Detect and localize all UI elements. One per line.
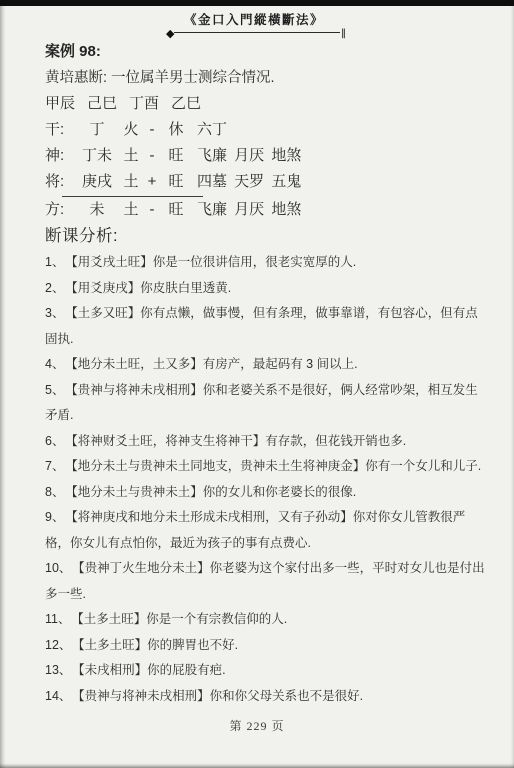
analysis-item: 10、【贵神丁火生地分未土】你老婆为这个家付出多一些，平时对女儿也是付出多一些. (45, 556, 485, 607)
item-text: 【贵神与将神未戌相刑】你和你父母关系也不是很好. (78, 689, 363, 703)
row-label: 神: (45, 143, 75, 169)
book-page: ◆ 《金口入門縱橫斷法》 ‖ 案例 98: 黄培惠断: 一位属羊男士测综合情况.… (0, 0, 514, 768)
row-label: 方: (45, 197, 75, 223)
analysis-item: 2、【用爻庚戌】你皮肤白里透黄. (45, 276, 485, 302)
item-number: 5、 (45, 383, 64, 397)
item-number: 8、 (45, 485, 64, 499)
branch-cell: 庚戌 (75, 169, 119, 195)
page-footer: 第 229 页 (0, 714, 514, 738)
item-text: 【贵神与将神未戌相刑】你和老婆关系不是很好，俩人经常吵架，相互发生矛盾. (45, 383, 478, 423)
row-label: 干: (45, 117, 75, 143)
analysis-item: 8、【地分未土与贵神未土】你的女儿和你老婆长的很像. (45, 480, 485, 506)
spirits-cell: 飞廉 月厌 地煞 (197, 143, 301, 169)
table-row-jiang: 将: 庚戌 土 + 旺 四墓 天罗 五鬼 (45, 169, 485, 197)
item-text: 【用爻庚戌】你皮肤白里透黄. (71, 281, 231, 295)
state-cell: 旺 (161, 169, 191, 195)
pillar: 丁酉 (129, 91, 159, 117)
sign-cell: - (143, 197, 161, 223)
analysis-item: 6、【将神财爻土旺，将神支生将神干】有存款，但花钱开销也多. (45, 429, 485, 455)
branch-cell: 丁 (75, 117, 119, 143)
item-text: 【地分未土旺，土又多】有房产，最起码有 3 间以上. (71, 357, 357, 371)
sign-cell: - (143, 117, 161, 143)
spirits-cell: 四墓 天罗 五鬼 (197, 169, 301, 195)
pillar: 乙巳 (171, 91, 201, 117)
branch-cell: 未 (75, 197, 119, 223)
state-cell: 休 (161, 117, 191, 143)
intro-line: 黄培惠断: 一位属羊男士测综合情况. (45, 65, 485, 91)
book-title: 《金口入門縱橫斷法》 (184, 13, 324, 27)
item-text: 【将神庚戌和地分未土形成未戌相刑，又有子孙动】你对你女儿管教很严格，你女儿有点怕… (45, 510, 465, 550)
item-text: 【用爻戌土旺】你是一位很讲信用，很老实宽厚的人. (71, 255, 356, 269)
item-text: 【土多土旺】你的脾胃也不好. (78, 638, 238, 652)
item-number: 10、 (45, 561, 71, 575)
item-number: 3、 (45, 306, 64, 320)
item-number: 4、 (45, 357, 64, 371)
sign-cell: + (143, 169, 161, 195)
pillar: 甲辰 (45, 91, 75, 117)
spirits-cell: 六丁 (197, 117, 227, 143)
analysis-item: 1、【用爻戌土旺】你是一位很讲信用，很老实宽厚的人. (45, 250, 485, 276)
item-number: 2、 (45, 281, 64, 295)
case-title: 案例 98: (45, 39, 485, 65)
four-pillars-row: 甲辰 己巳 丁酉 乙巳 (45, 91, 485, 117)
page-header: ◆ 《金口入門縱橫斷法》 ‖ (0, 7, 514, 33)
sign-cell: - (143, 143, 161, 169)
page-number: 第 229 页 (229, 719, 284, 733)
analysis-item: 13、【未戌相刑】你的屁股有疤. (45, 658, 485, 684)
analysis-item: 3、【土多又旺】你有点懒，做事慢，但有条理，做事靠谱，有包容心，但有点固执. (45, 301, 485, 352)
item-text: 【未戌相刑】你的屁股有疤. (78, 663, 225, 677)
item-number: 7、 (45, 459, 64, 473)
item-text: 【土多又旺】你有点懒，做事慢，但有条理，做事靠谱，有包容心，但有点固执. (45, 306, 478, 346)
element-cell: 土 (119, 197, 143, 223)
table-row-gan: 干: 丁 火 - 休 六丁 (45, 117, 485, 143)
item-number: 13、 (45, 663, 71, 677)
item-text: 【贵神丁火生地分未土】你老婆为这个家付出多一些，平时对女儿也是付出多一些. (45, 561, 485, 601)
state-cell: 旺 (161, 197, 191, 223)
top-edge-bar (0, 0, 514, 6)
pillar: 己巳 (87, 91, 117, 117)
item-text: 【土多土旺】你是一个有宗教信仰的人. (77, 612, 287, 626)
diamond-icon: ◆ (166, 27, 174, 40)
element-cell: 土 (119, 169, 143, 195)
item-number: 12、 (45, 638, 71, 652)
analysis-item: 11、【土多土旺】你是一个有宗教信仰的人. (45, 607, 485, 633)
analysis-item: 12、【土多土旺】你的脾胃也不好. (45, 633, 485, 659)
item-text: 【地分未土与贵神未土同地支，贵神未土生将神庚金】你有一个女儿和儿子. (71, 459, 481, 473)
item-number: 11、 (45, 612, 70, 626)
spirits-cell: 飞廉 月厌 地煞 (197, 197, 301, 223)
analysis-heading: 断课分析: (45, 223, 485, 250)
table-row-shen: 神: 丁未 土 - 旺 飞廉 月厌 地煞 (45, 143, 485, 169)
analysis-item: 14、【贵神与将神未戌相刑】你和你父母关系也不是很好. (45, 684, 485, 710)
row-core-cells-underlined: 庚戌 土 + 旺 (62, 169, 203, 197)
rule-end-icon: ‖ (341, 28, 345, 39)
table-row-fang: 方: 未 土 - 旺 飞廉 月厌 地煞 (45, 197, 485, 223)
item-text: 【地分未土与贵神未土】你的女儿和你老婆长的很像. (71, 485, 356, 499)
item-number: 1、 (45, 255, 64, 269)
item-text: 【将神财爻土旺，将神支生将神干】有存款，但花钱开销也多. (71, 434, 406, 448)
header-rule: ◆ 《金口入門縱橫斷法》 ‖ (174, 10, 340, 33)
analysis-item: 4、【地分未土旺，土又多】有房产，最起码有 3 间以上. (45, 352, 485, 378)
row-core-cells: 丁未 土 - 旺 (75, 143, 191, 169)
row-core-cells: 未 土 - 旺 (75, 197, 191, 223)
analysis-item: 7、【地分未土与贵神未土同地支，贵神未土生将神庚金】你有一个女儿和儿子. (45, 454, 485, 480)
analysis-item: 5、【贵神与将神未戌相刑】你和老婆关系不是很好，俩人经常吵架，相互发生矛盾. (45, 378, 485, 429)
page-content: 案例 98: 黄培惠断: 一位属羊男士测综合情况. 甲辰 己巳 丁酉 乙巳 干:… (0, 33, 514, 709)
analysis-item: 9、【将神庚戌和地分未土形成未戌相刑，又有子孙动】你对你女儿管教很严格，你女儿有… (45, 505, 485, 556)
item-number: 9、 (45, 510, 64, 524)
element-cell: 土 (119, 143, 143, 169)
element-cell: 火 (119, 117, 143, 143)
branch-cell: 丁未 (75, 143, 119, 169)
item-number: 6、 (45, 434, 64, 448)
item-number: 14、 (45, 689, 71, 703)
state-cell: 旺 (161, 143, 191, 169)
row-core-cells: 丁 火 - 休 (75, 117, 191, 143)
